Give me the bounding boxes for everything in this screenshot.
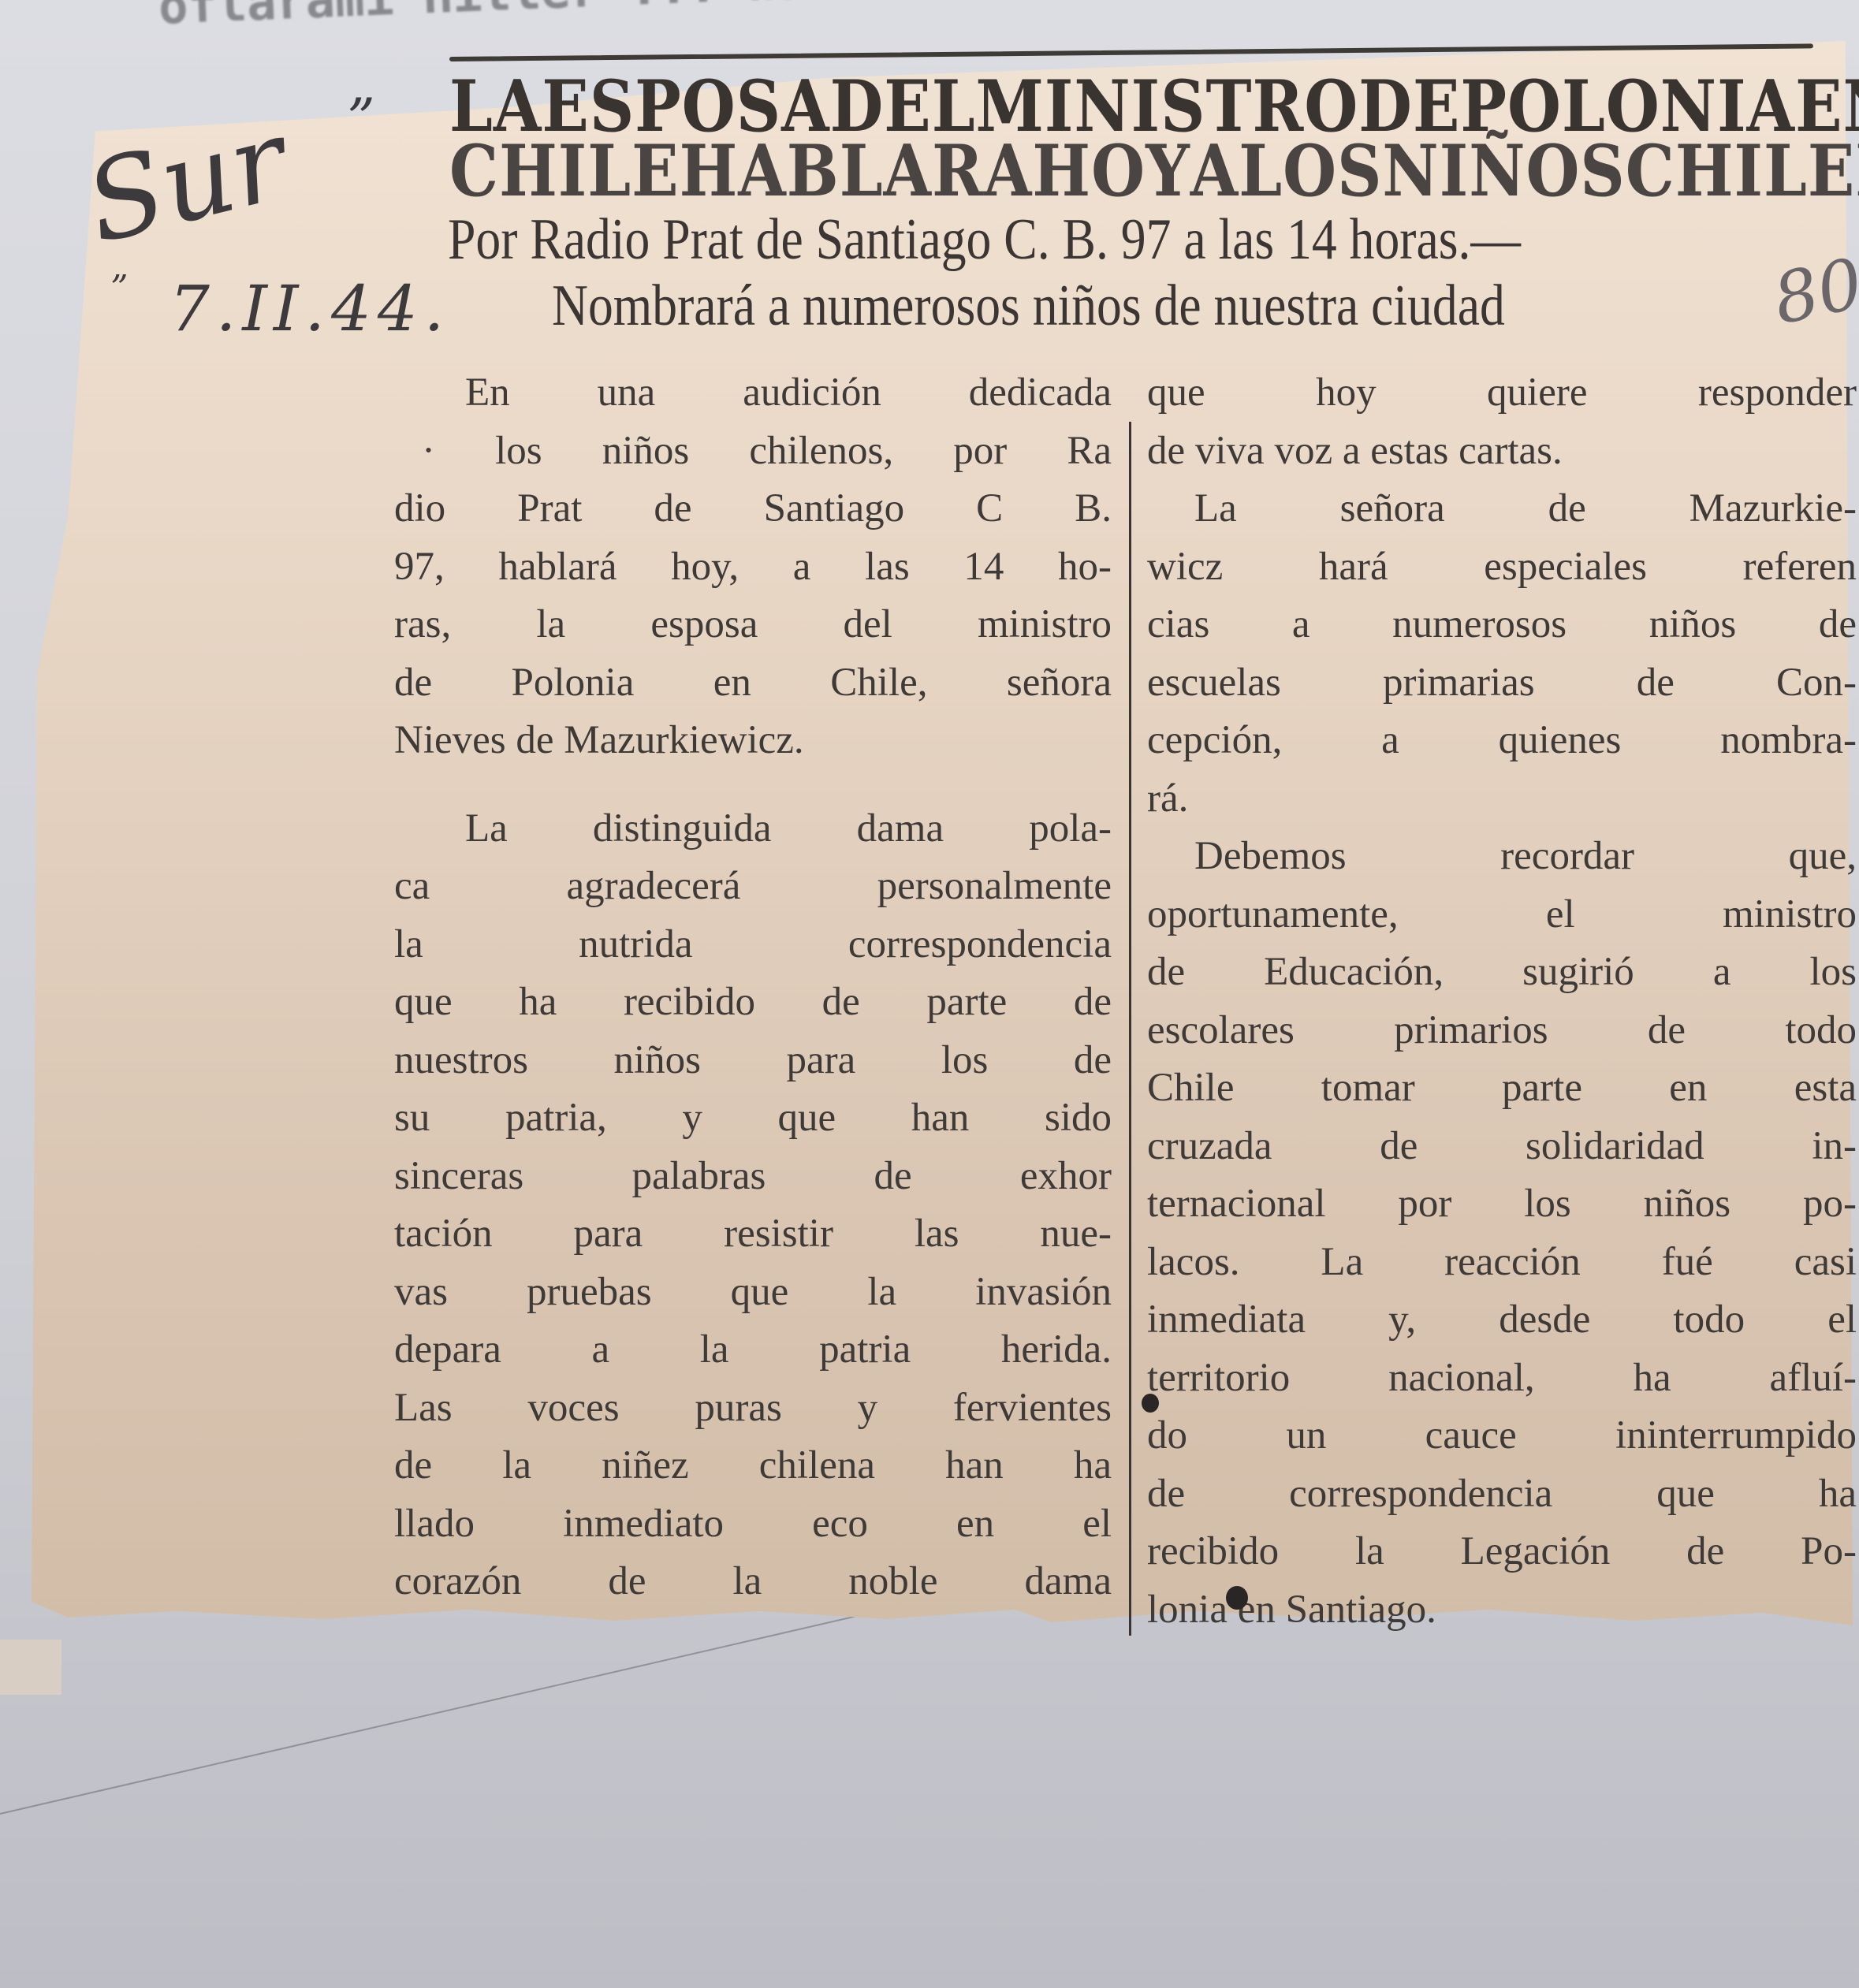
- text-line: lonia en Santiago.: [1147, 1581, 1857, 1640]
- text-line: rá.: [1147, 770, 1857, 828]
- text-line: vas pruebas que la invasión: [394, 1264, 1112, 1322]
- background-clipping-text: oflarami Hitler ... wanderca w cy... ...…: [158, 0, 1813, 28]
- ink-blot: [1142, 1394, 1159, 1413]
- text-line: sinceras palabras de exhor: [394, 1148, 1112, 1206]
- headline-word: HOY: [1032, 130, 1190, 213]
- text-line: cepción, a quienes nombra-: [1147, 712, 1857, 770]
- article-column-right: que hoy quiere responder de viva voz a e…: [1147, 364, 1857, 1639]
- handwritten-quote-mark: ”: [110, 268, 129, 308]
- text-line: La distinguida dama pola-: [394, 800, 1112, 858]
- text-line: corazón de la noble dama: [394, 1553, 1112, 1611]
- text-line: que ha recibido de parte de: [394, 974, 1112, 1032]
- text-line: Nieves de Mazurkiewicz.: [394, 712, 1112, 770]
- text-line: de viva voz a estas cartas.: [1147, 423, 1857, 481]
- headline-word: HABLARA: [680, 130, 1033, 213]
- text-line: 97, hablará hoy, a las 14 ho-: [394, 538, 1112, 597]
- text-line: depara a la patria herida.: [394, 1321, 1112, 1379]
- text-line: wicz hará especiales referen: [1147, 538, 1857, 597]
- text-line: cruzada de solidaridad in-: [1147, 1118, 1857, 1176]
- torn-paper-fragment: [0, 1640, 61, 1695]
- text-line: su patria, y que han sido: [394, 1089, 1112, 1148]
- text-line: ras, la esposa del ministro: [394, 596, 1112, 654]
- column-divider: [1129, 422, 1131, 1636]
- text-line: lacos. La reacción fué casi: [1147, 1234, 1857, 1292]
- headline-word: NIÑOS: [1382, 130, 1625, 213]
- ink-blot: [1226, 1586, 1248, 1610]
- text-line: inmediata y, desde todo el: [1147, 1291, 1857, 1350]
- subheadline-2: Nombrará a numerosos niños de nuestra ci…: [552, 273, 1505, 340]
- article-column-left: En una audición dedicada · los niños chi…: [394, 364, 1112, 1611]
- text-line: escolares primarios de todo: [1147, 1002, 1857, 1060]
- text-line: dio Prat de Santiago C B.: [394, 480, 1112, 538]
- headline-word: CHILENOS: [1626, 130, 1859, 213]
- text-line: ca agradecerá personalmente: [394, 858, 1112, 916]
- text-line: Chile tomar parte en esta: [1147, 1059, 1857, 1118]
- handwritten-quote-mark: ”: [347, 87, 375, 151]
- text-line: cias a numerosos niños de: [1147, 596, 1857, 654]
- text-line: escuelas primarias de Con-: [1147, 654, 1857, 713]
- subheadline-1: Por Radio Prat de Santiago C. B. 97 a la…: [448, 207, 1521, 274]
- text-line: la nutrida correspondencia: [394, 916, 1112, 974]
- text-line: de Polonia en Chile, señora: [394, 654, 1112, 713]
- text-line: En una audición dedicada: [394, 364, 1112, 423]
- text-line: recibido la Legación de Po-: [1147, 1523, 1857, 1581]
- headline-word: CHILE: [449, 130, 680, 213]
- handwritten-page-number: 80: [1767, 242, 1859, 340]
- text-line: de la niñez chilena han ha: [394, 1437, 1112, 1495]
- handwritten-date: 7.II.44.: [170, 272, 450, 345]
- text-line: nuestros niños para los de: [394, 1032, 1112, 1090]
- text-line: Las voces puras y fervientes: [394, 1379, 1112, 1438]
- text-line: llado inmediato eco en el: [394, 1495, 1112, 1554]
- text-line: tación para resistir las nue-: [394, 1205, 1112, 1264]
- text-line: La señora de Mazurkie-: [1147, 480, 1857, 538]
- text-line: territorio nacional, ha afluí-: [1147, 1350, 1857, 1408]
- text-line: de correspondencia que ha: [1147, 1465, 1857, 1524]
- text-line: de Educación, sugirió a los: [1147, 944, 1857, 1002]
- headline-line-2: CHILE HABLARA HOY A LOS NIÑOS CHILENOS: [449, 130, 1837, 213]
- text-line: Debemos recordar que,: [1147, 828, 1857, 886]
- text-line: oportunamente, el ministro: [1147, 886, 1857, 944]
- headline-word: A: [1190, 130, 1239, 213]
- text-line: ternacional por los niños po-: [1147, 1175, 1857, 1234]
- text-line: do un cauce ininterrumpido: [1147, 1407, 1857, 1465]
- text-line: · los niños chilenos, por Ra: [394, 423, 1112, 481]
- headline-word: LOS: [1239, 130, 1382, 213]
- text-line: que hoy quiere responder: [1147, 364, 1857, 423]
